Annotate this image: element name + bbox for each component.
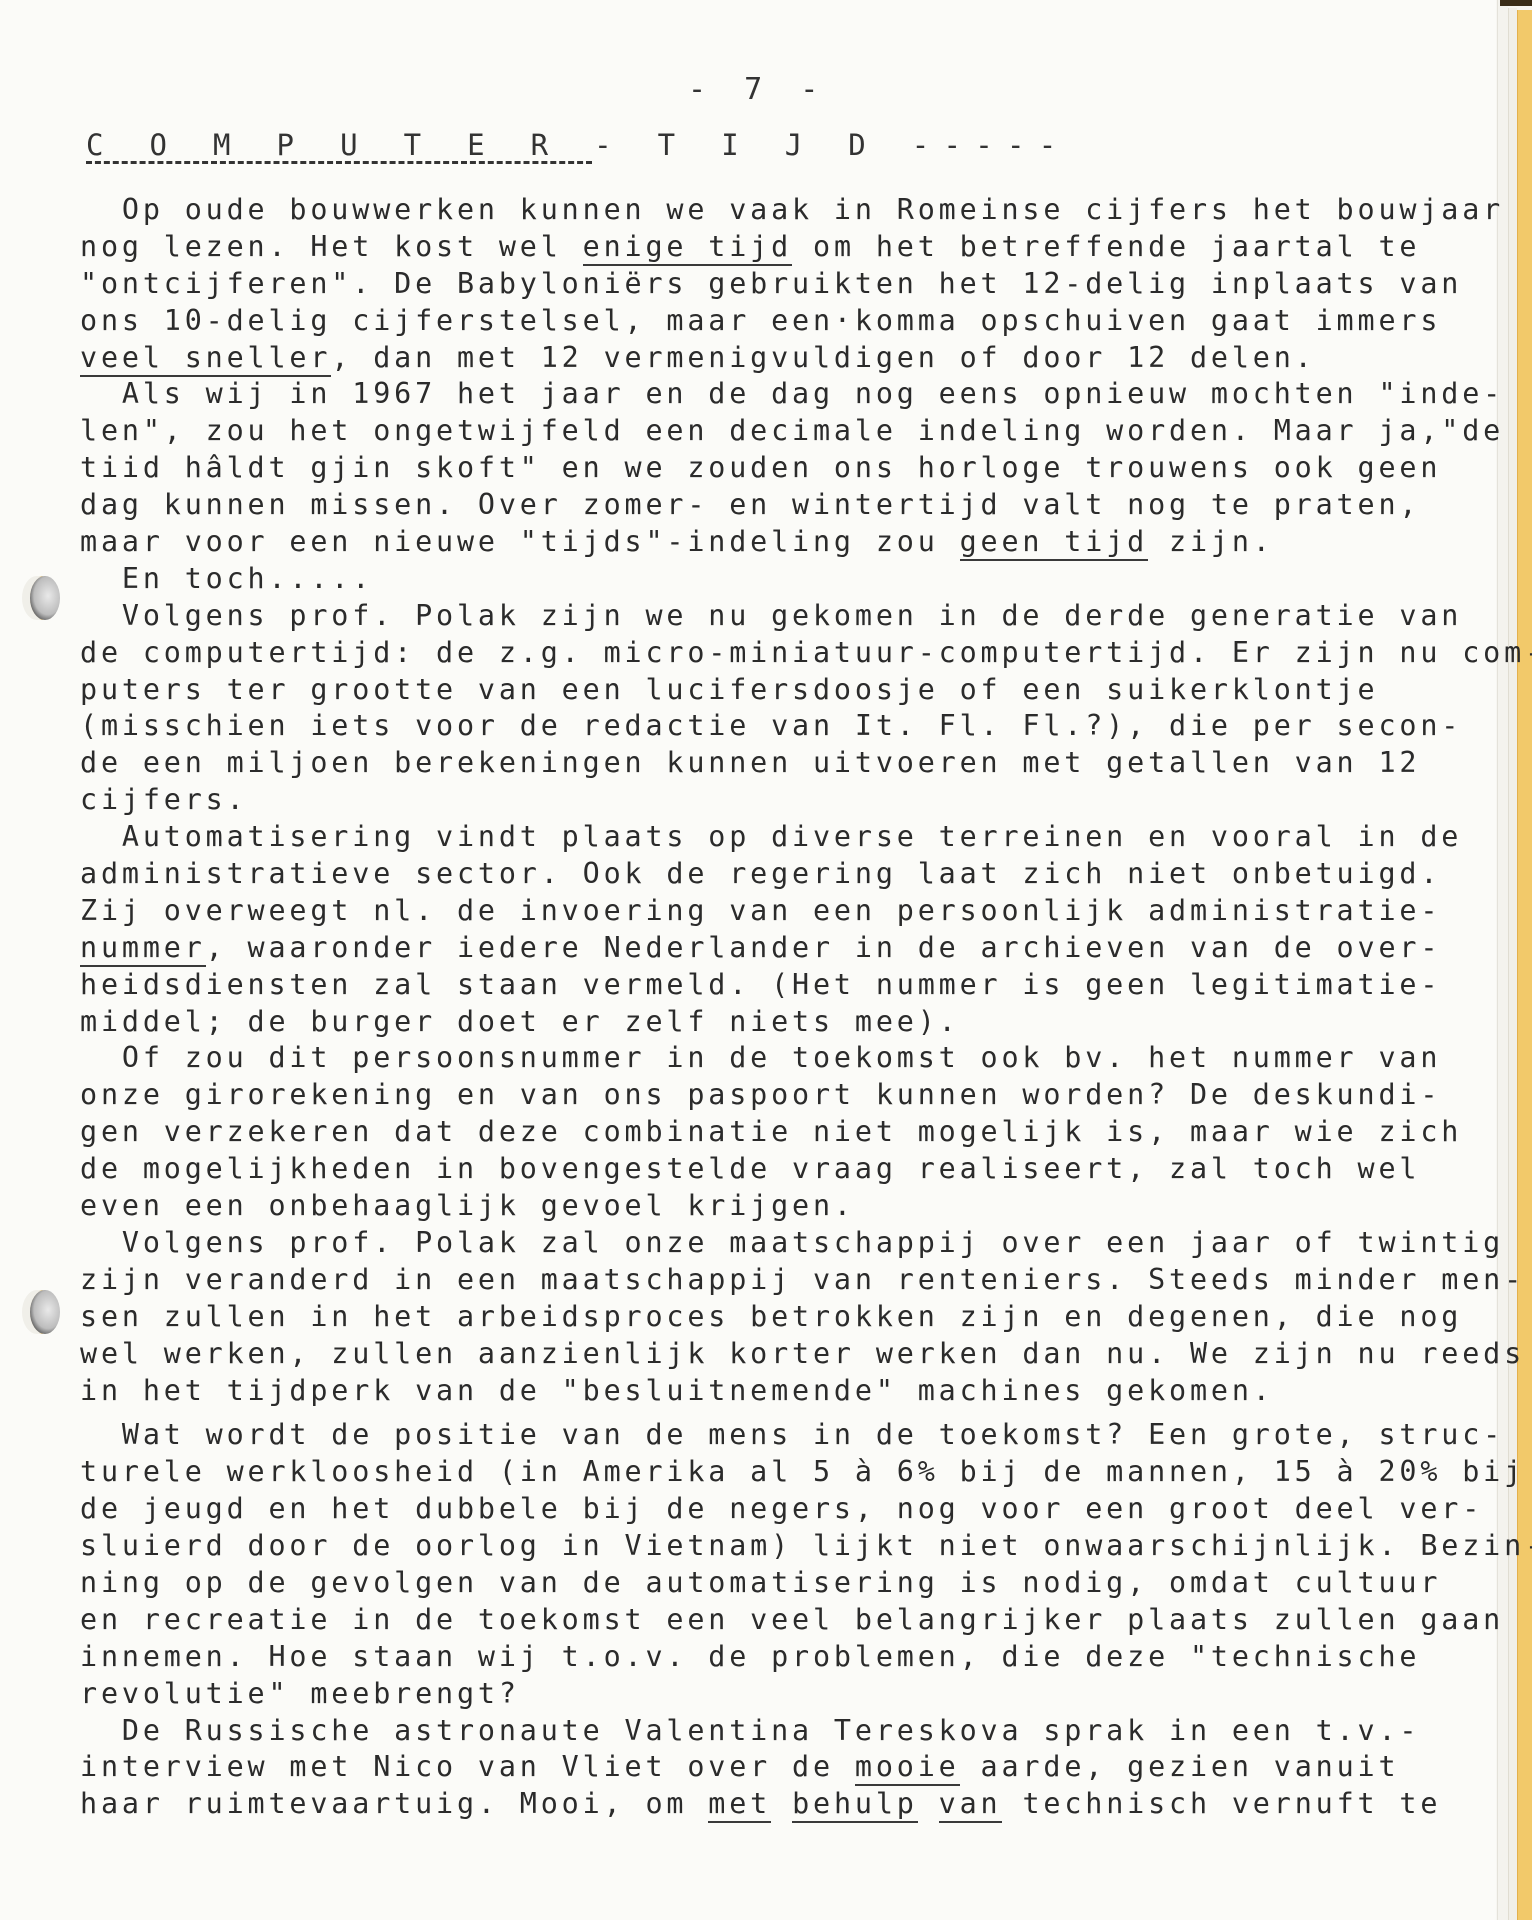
text-segment: sluierd door de oorlog in Vietnam) lijkt… xyxy=(80,1529,1532,1562)
text-segment: technisch vernuft te xyxy=(1002,1787,1442,1820)
text-segment: administratieve sector. Ook de regering … xyxy=(80,857,1441,890)
punch-hole-icon xyxy=(30,1290,60,1334)
text-segment: en recreatie in de toekomst een veel bel… xyxy=(80,1603,1504,1636)
text-segment: Zij overweegt nl. de invoering van een p… xyxy=(80,894,1441,927)
underlined-phrase: met xyxy=(708,1787,771,1823)
text-segment: om het betreffende jaartal te xyxy=(792,230,1420,263)
text-line: dag kunnen missen. Over zomer- en winter… xyxy=(80,487,1480,524)
text-segment: De Russische astronaute Valentina Teresk… xyxy=(80,1714,1420,1747)
text-line: puters ter grootte van een lucifersdoosj… xyxy=(80,672,1480,709)
text-segment: len", zou het ongetwijfeld een decimale … xyxy=(80,414,1504,447)
text-line: administratieve sector. Ook de regering … xyxy=(80,856,1480,893)
underlined-phrase: behulp xyxy=(792,1787,918,1823)
text-segment: gen verzekeren dat deze combinatie niet … xyxy=(80,1115,1462,1148)
text-segment: de computertijd: de z.g. micro-miniatuur… xyxy=(80,636,1532,669)
underlined-phrase: van xyxy=(939,1787,1002,1823)
text-segment: de jeugd en het dubbele bij de negers, n… xyxy=(80,1492,1483,1525)
text-segment: heidsdiensten zal staan vermeld. (Het nu… xyxy=(80,968,1441,1001)
text-segment: Volgens prof. Polak zal onze maatschappi… xyxy=(80,1226,1504,1259)
text-segment: Wat wordt de positie van de mens in de t… xyxy=(80,1418,1504,1451)
underlined-phrase: veel sneller xyxy=(80,341,331,377)
article-body: Op oude bouwwerken kunnen we vaak in Rom… xyxy=(80,192,1480,1823)
text-segment: de mogelijkheden in bovengestelde vraag … xyxy=(80,1152,1420,1185)
text-segment: puters ter grootte van een lucifersdoosj… xyxy=(80,673,1378,706)
text-segment: in het tijdperk van de "besluitnemende" … xyxy=(80,1374,1274,1407)
text-line: maar voor een nieuwe "tijds"-indeling zo… xyxy=(80,524,1480,561)
text-line: nummer, waaronder iedere Nederlander in … xyxy=(80,930,1480,967)
text-segment: ons 10-delig cijferstelsel, maar een·kom… xyxy=(80,304,1441,337)
text-line: Of zou dit persoonsnummer in de toekomst… xyxy=(80,1040,1480,1077)
text-segment: middel; de burger doet er zelf niets mee… xyxy=(80,1005,960,1038)
underlined-phrase: enige tijd xyxy=(583,230,792,266)
text-segment: Als wij in 1967 het jaar en de dag nog e… xyxy=(80,377,1504,410)
text-line: "ontcijferen". De Babyloniërs gebruikten… xyxy=(80,266,1480,303)
text-line: De Russische astronaute Valentina Teresk… xyxy=(80,1713,1480,1750)
text-segment: zijn veranderd in een maatschappij van r… xyxy=(80,1263,1525,1296)
punch-hole-icon xyxy=(30,576,60,620)
text-line: de een miljoen berekeningen kunnen uitvo… xyxy=(80,745,1480,782)
text-segment: interview met Nico van Vliet over de xyxy=(80,1750,855,1783)
text-segment: (misschien iets voor de redactie van It.… xyxy=(80,709,1462,742)
text-line: Volgens prof. Polak zijn we nu gekomen i… xyxy=(80,598,1480,635)
text-segment: Automatisering vindt plaats op diverse t… xyxy=(80,820,1462,853)
text-segment: innemen. Hoe staan wij t.o.v. de problem… xyxy=(80,1640,1420,1673)
text-segment: revolutie" meebrengt? xyxy=(80,1677,520,1710)
text-line: nog lezen. Het kost wel enige tijd om he… xyxy=(80,229,1480,266)
text-segment xyxy=(918,1787,939,1820)
text-segment: sen zullen in het arbeidsproces betrokke… xyxy=(80,1300,1462,1333)
text-line: de mogelijkheden in bovengestelde vraag … xyxy=(80,1151,1480,1188)
text-segment: "ontcijferen". De Babyloniërs gebruikten… xyxy=(80,267,1462,300)
text-line: (misschien iets voor de redactie van It.… xyxy=(80,708,1480,745)
text-segment: even een onbehaaglijk gevoel krijgen. xyxy=(80,1189,855,1222)
text-line: en recreatie in de toekomst een veel bel… xyxy=(80,1602,1480,1639)
text-line: heidsdiensten zal staan vermeld. (Het nu… xyxy=(80,967,1480,1004)
text-line: sen zullen in het arbeidsproces betrokke… xyxy=(80,1299,1480,1336)
text-segment: turele werkloosheid (in Amerika al 5 à 6… xyxy=(80,1455,1525,1488)
binder-top-shadow xyxy=(1500,0,1532,6)
text-segment: aarde, gezien vanuit xyxy=(960,1750,1400,1783)
text-line: zijn veranderd in een maatschappij van r… xyxy=(80,1262,1480,1299)
text-line: even een onbehaaglijk gevoel krijgen. xyxy=(80,1188,1480,1225)
text-line: in het tijdperk van de "besluitnemende" … xyxy=(80,1373,1480,1410)
text-segment: nog lezen. Het kost wel xyxy=(80,230,583,263)
text-line: gen verzekeren dat deze combinatie niet … xyxy=(80,1114,1480,1151)
text-segment: tiid hâldt gjin skoft" en we zouden ons … xyxy=(80,451,1441,484)
text-line: turele werkloosheid (in Amerika al 5 à 6… xyxy=(80,1454,1480,1491)
text-line: sluierd door de oorlog in Vietnam) lijkt… xyxy=(80,1528,1480,1565)
page-number: - 7 - xyxy=(688,72,828,107)
text-segment: de een miljoen berekeningen kunnen uitvo… xyxy=(80,746,1420,779)
text-segment: wel werken, zullen aanzienlijk korter we… xyxy=(80,1337,1525,1370)
text-line: Automatisering vindt plaats op diverse t… xyxy=(80,819,1480,856)
text-line: veel sneller, dan met 12 vermenigvuldige… xyxy=(80,340,1480,377)
text-line: de jeugd en het dubbele bij de negers, n… xyxy=(80,1491,1480,1528)
text-segment: zijn. xyxy=(1148,525,1274,558)
text-line: middel; de burger doet er zelf niets mee… xyxy=(80,1004,1480,1041)
page-edge xyxy=(1508,8,1517,1920)
text-line: Wat wordt de positie van de mens in de t… xyxy=(80,1417,1480,1454)
text-line: Volgens prof. Polak zal onze maatschappi… xyxy=(80,1225,1480,1262)
title-underline xyxy=(86,161,592,164)
text-segment xyxy=(771,1787,792,1820)
text-segment: Volgens prof. Polak zijn we nu gekomen i… xyxy=(80,599,1462,632)
text-segment: haar ruimtevaartuig. Mooi, om xyxy=(80,1787,708,1820)
underlined-phrase: nummer xyxy=(80,931,206,967)
text-line: de computertijd: de z.g. micro-miniatuur… xyxy=(80,635,1480,672)
text-line: revolutie" meebrengt? xyxy=(80,1676,1480,1713)
text-line: len", zou het ongetwijfeld een decimale … xyxy=(80,413,1480,450)
text-segment: onze girorekening en van ons paspoort ku… xyxy=(80,1078,1441,1111)
text-segment: , waaronder iedere Nederlander in de arc… xyxy=(206,931,1442,964)
underlined-phrase: geen tijd xyxy=(960,525,1148,561)
binder-cover-edge xyxy=(1517,10,1532,1920)
text-segment: Of zou dit persoonsnummer in de toekomst… xyxy=(80,1041,1441,1074)
underlined-phrase: mooie xyxy=(855,1750,960,1786)
text-line: tiid hâldt gjin skoft" en we zouden ons … xyxy=(80,450,1480,487)
text-segment: maar voor een nieuwe "tijds"-indeling zo… xyxy=(80,525,960,558)
text-line: Zij overweegt nl. de invoering van een p… xyxy=(80,893,1480,930)
text-line: En toch..... xyxy=(80,561,1480,598)
text-line: haar ruimtevaartuig. Mooi, om met behulp… xyxy=(80,1786,1480,1823)
text-line: cijfers. xyxy=(80,782,1480,819)
text-segment: dag kunnen missen. Over zomer- en winter… xyxy=(80,488,1420,521)
text-segment: En toch..... xyxy=(80,562,373,595)
text-line: Op oude bouwwerken kunnen we vaak in Rom… xyxy=(80,192,1480,229)
text-line: ning op de gevolgen van de automatiserin… xyxy=(80,1565,1480,1602)
text-segment: Op oude bouwwerken kunnen we vaak in Rom… xyxy=(80,193,1504,226)
text-line: innemen. Hoe staan wij t.o.v. de problem… xyxy=(80,1639,1480,1676)
text-line: wel werken, zullen aanzienlijk korter we… xyxy=(80,1336,1480,1373)
text-segment: ning op de gevolgen van de automatiserin… xyxy=(80,1566,1441,1599)
text-segment: , dan met 12 vermenigvuldigen of door 12… xyxy=(331,341,1315,374)
article-title: C O M P U T E R - T I J D ----- xyxy=(86,128,1071,162)
text-segment: cijfers. xyxy=(80,783,248,816)
text-line: onze girorekening en van ons paspoort ku… xyxy=(80,1077,1480,1114)
text-line: Als wij in 1967 het jaar en de dag nog e… xyxy=(80,376,1480,413)
text-line: interview met Nico van Vliet over de moo… xyxy=(80,1749,1480,1786)
text-line: ons 10-delig cijferstelsel, maar een·kom… xyxy=(80,303,1480,340)
